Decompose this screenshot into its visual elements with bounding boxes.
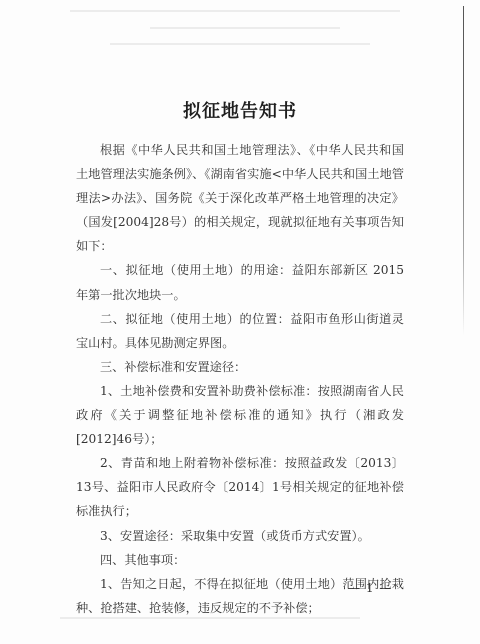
scan-edge-line xyxy=(463,6,464,336)
section-heading-compensation: 三、补偿标准和安置途径： xyxy=(76,355,404,379)
paragraph-crop-compensation: 2、青苗和地上附着物补偿标准：按照益政发〔2013〕13号、益阳市人民政府令〔2… xyxy=(76,451,404,523)
document-title: 拟征地告知书 xyxy=(0,97,480,123)
paragraph-restriction: 1、告知之日起，不得在拟征地（使用土地）范围内抢栽种、抢搭建、抢装修，违反规定的… xyxy=(76,572,404,620)
section-heading-other: 四、其他事项： xyxy=(76,548,404,572)
paragraph-resettlement: 3、安置途径：采取集中安置（或货币方式安置）。 xyxy=(76,524,404,548)
bleed-through-mark xyxy=(150,27,340,29)
paragraph-legal-basis: 根据《中华人民共和国土地管理法》、《中华人民共和国土地管理法实施条例》、《湖南省… xyxy=(76,138,404,258)
document-page: 拟征地告知书 根据《中华人民共和国土地管理法》、《中华人民共和国土地管理法实施条… xyxy=(0,0,480,644)
document-body: 根据《中华人民共和国土地管理法》、《中华人民共和国土地管理法实施条例》、《湖南省… xyxy=(76,138,404,620)
page-number: — 1 — xyxy=(348,581,392,595)
paragraph-land-compensation: 1、土地补偿费和安置补助费补偿标准：按照湖南省人民政府《关于调整征地补偿标准的通… xyxy=(76,379,404,451)
bleed-through-mark xyxy=(70,10,400,12)
paragraph-location: 二、拟征地（使用土地）的位置：益阳市鱼形山街道灵宝山村。具体见勘测定界图。 xyxy=(76,307,404,355)
bleed-through-mark xyxy=(110,43,370,45)
paragraph-land-use: 一、拟征地（使用土地）的用途：益阳东部新区 2015 年第一批次地块一。 xyxy=(76,258,404,306)
